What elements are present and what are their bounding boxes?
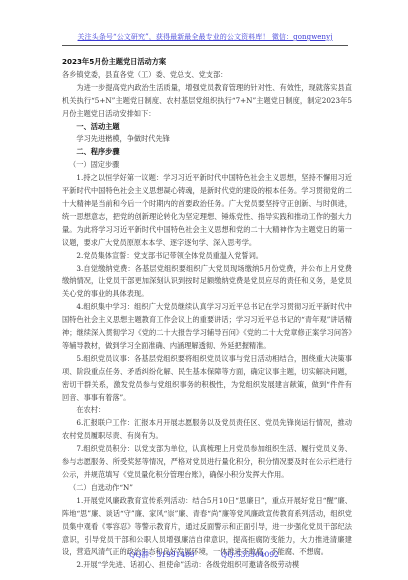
list-item: 2.党员集体宣誓：党支部书记带领全体党员重温入党誓词。: [62, 250, 352, 263]
salutation: 各乡镇党委，县直各党（工）委、党总支、党支部：: [62, 69, 352, 82]
list-item: 5.组织党员议事：各基层党组织要将组织党员议事与党日活动相结合，围绕重大决策事项…: [62, 353, 352, 405]
theme-text: 学习先进楷模，争做时代先锋: [62, 133, 352, 146]
subsection-heading-fixed: （一）固定步骤: [62, 159, 352, 172]
qq-group-text: QQ群：31991489: [129, 550, 194, 559]
document-title: 2023年5月份主题党日活动方案: [62, 56, 352, 69]
list-item: 1.持之以恒学好第一议题：学习习近平新时代中国特色社会主义思想，坚持不懈用习近平…: [62, 172, 352, 249]
list-item: 7.组织党员积分：以党支部为单位，认真梳理上月党员参加组织生活、履行党员义务、参…: [62, 443, 352, 482]
list-item: 3.自觉缴纳党费：各基层党组织要组织广大党员现场缴纳5月份党费，并公布上月党费缴…: [62, 263, 352, 302]
qq-text: QQ:535304092: [221, 550, 279, 559]
promo-link[interactable]: 关注头条号“公文研究”，获得最新最全最专业的公文资料库！ 微信：gongweny…: [78, 33, 333, 41]
subsection-heading-optional: （二）自选动作“N”: [62, 482, 352, 495]
intro-paragraph: 为进一步提高党内政治生活质量，增强党员教育管理的针对性、有效性，现就落实县直机关…: [62, 82, 352, 121]
header-banner: 关注头条号“公文研究”，获得最新最全最专业的公文资料库！ 微信：gongweny…: [62, 24, 348, 46]
section-heading-theme: 一、活动主题: [62, 121, 352, 134]
list-item: 4.组织集中学习：组织广大党员继续认真学习习近平总书记在学习贯彻习近平新时代中国…: [62, 301, 352, 353]
document-body: 2023年5月份主题党日活动方案 各乡镇党委，县直各党（工）委、党总支、党支部：…: [62, 56, 352, 572]
list-item: 6.汇报联户工作：汇报本月开展志愿服务以及党员责任区、党员先锋岗运行情况，推动农…: [62, 417, 352, 443]
list-item: 2.开展“学先进、话初心、担使命”活动：各级党组织可邀请各级劳动模: [62, 559, 352, 572]
rural-label: 在农村：: [62, 404, 352, 417]
section-heading-steps: 二、程序步骤: [62, 146, 352, 159]
footer-contact: QQ群：31991489 QQ:535304092: [0, 549, 408, 560]
